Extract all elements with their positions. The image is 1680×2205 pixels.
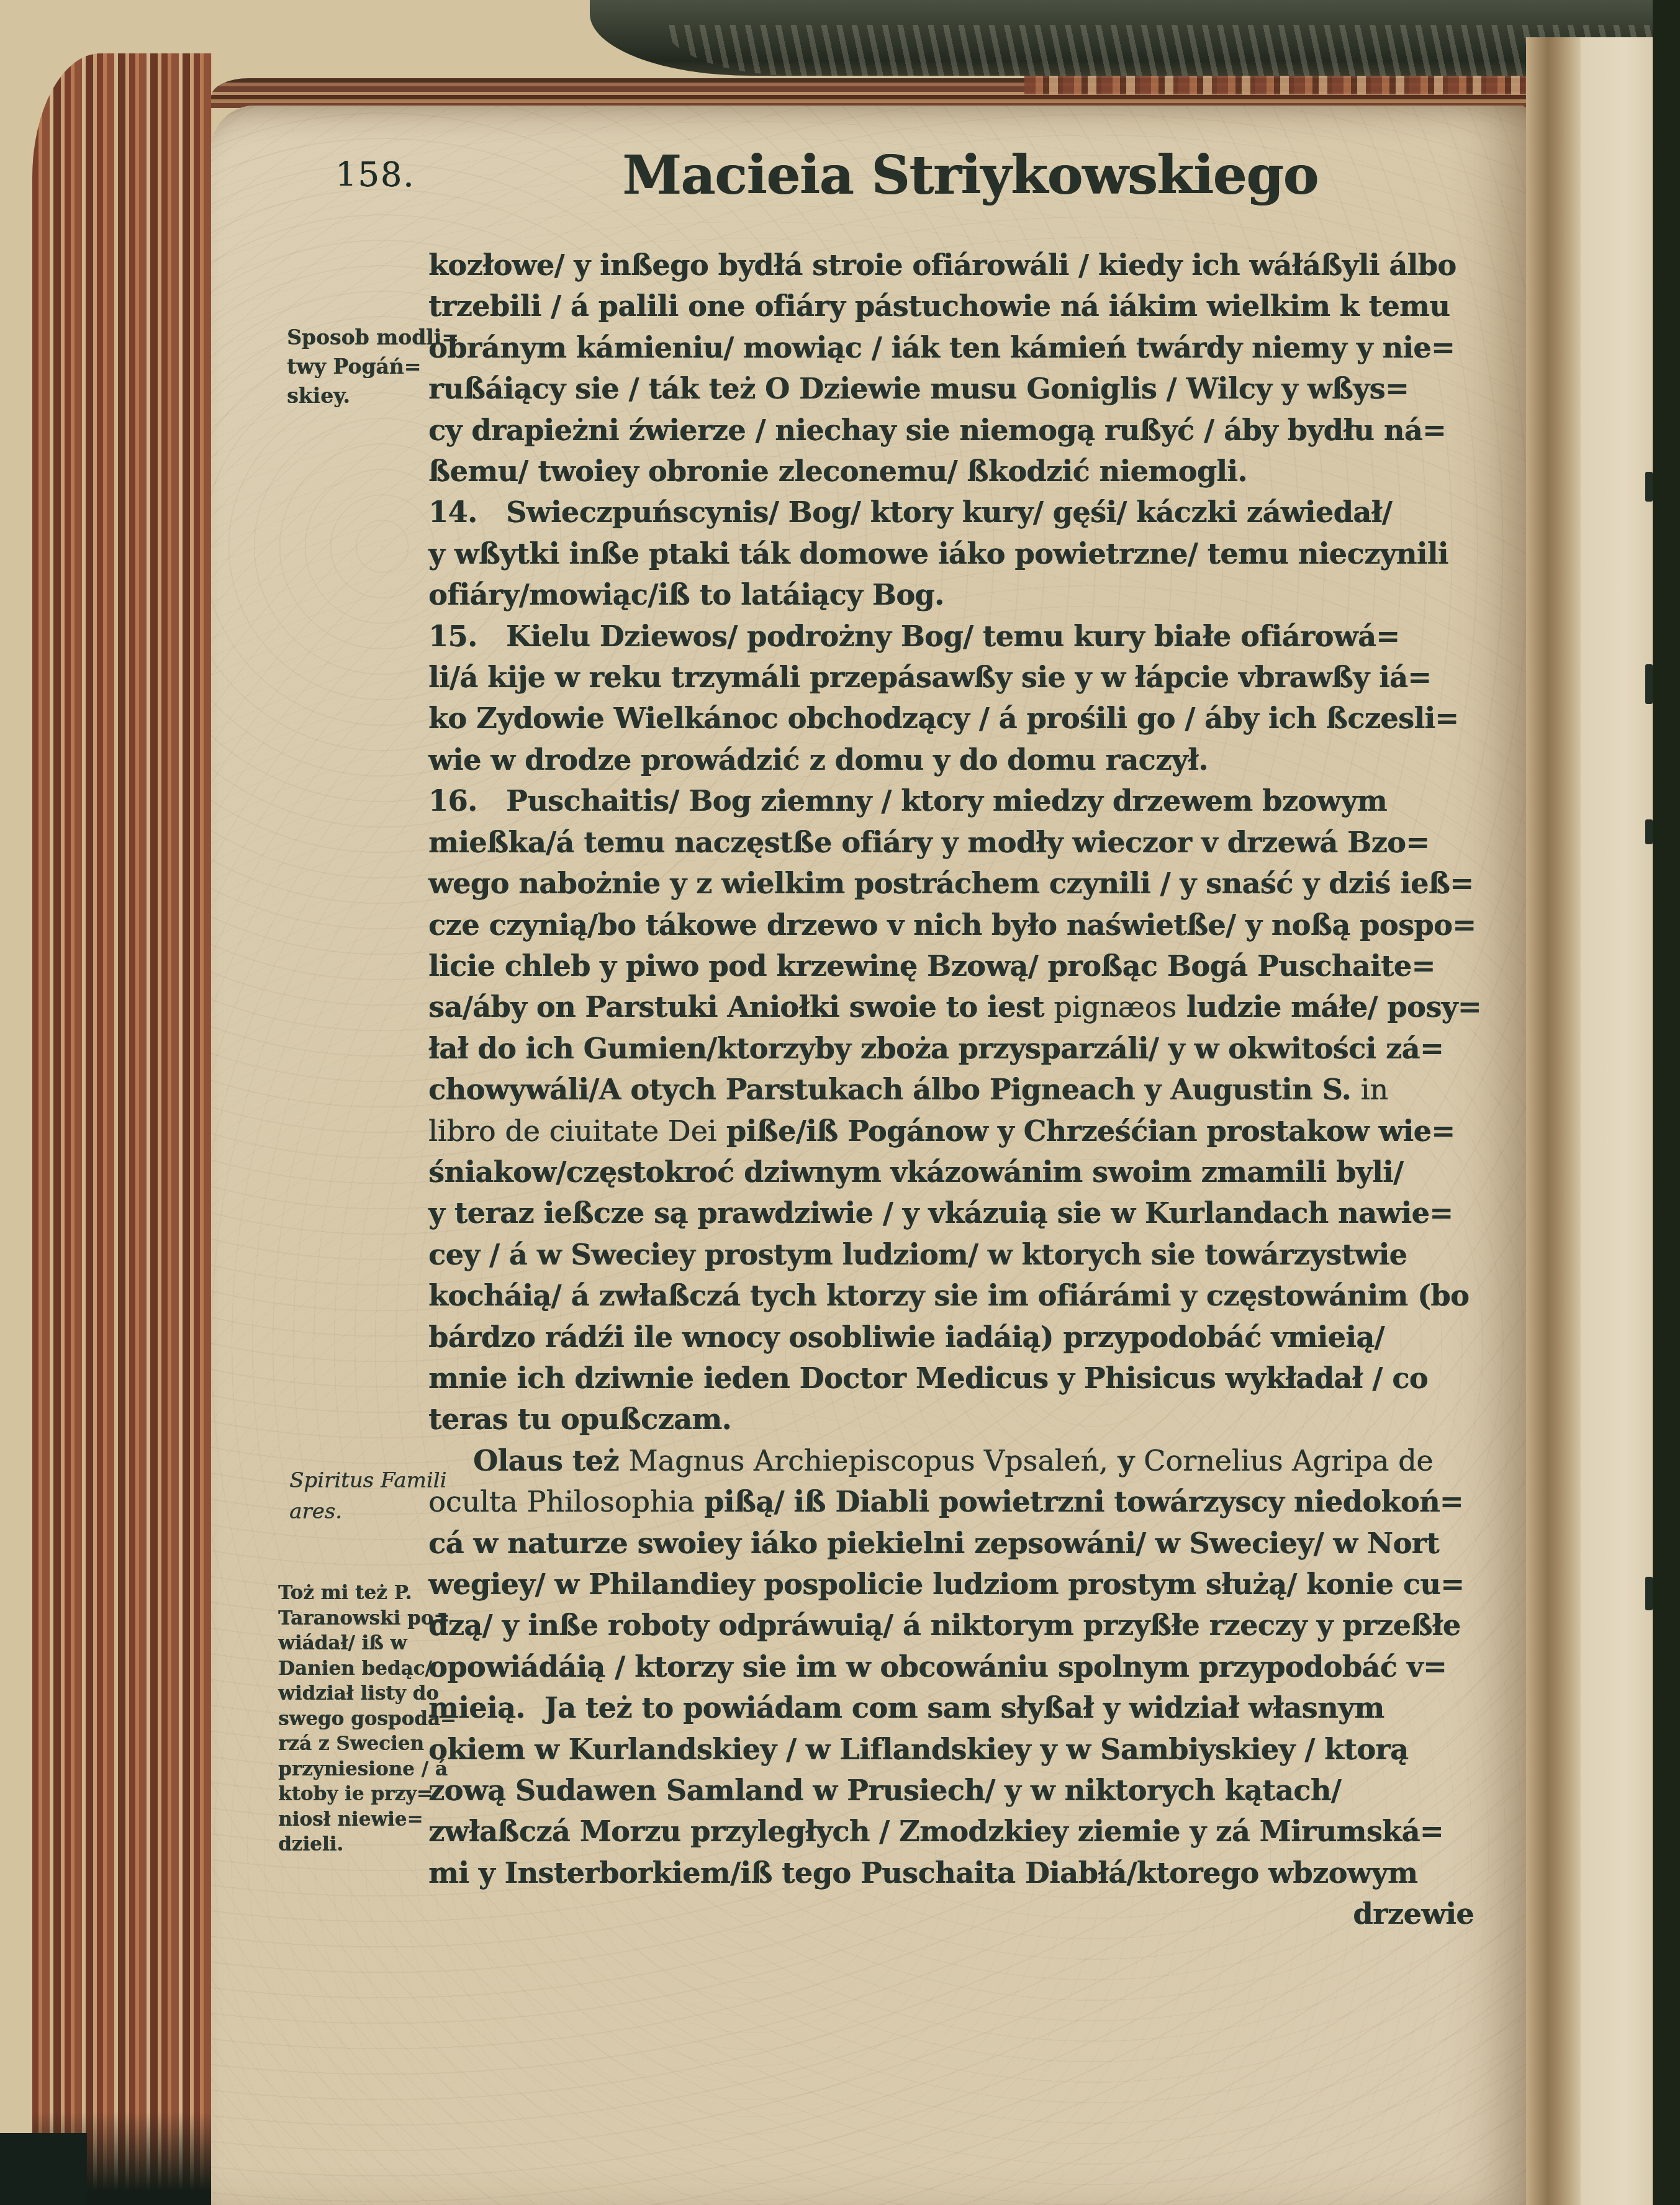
blackletter-segment: li/á kije w reku trzymáli przepásawßy si… bbox=[428, 661, 1431, 694]
running-header: Macieia Striykowskiego bbox=[428, 144, 1512, 207]
body-text-line: 15. Kielu Dziewos/ podrożny Bog/ temu ku… bbox=[428, 616, 1514, 657]
body-text-line: zwłaßczá Morzu przyległych / Zmodzkiey z… bbox=[428, 1811, 1514, 1852]
body-text-line: zową Sudawen Samland w Prusiech/ y w nik… bbox=[428, 1770, 1514, 1811]
body-text-line: ßemu/ twoiey obronie zleconemu/ ßkodzić … bbox=[428, 451, 1514, 492]
body-text-line: kozłowe/ y inßego bydłá stroie ofiárowál… bbox=[428, 245, 1514, 286]
blackletter-segment: cze czynią/bo tákowe drzewo v nich było … bbox=[428, 908, 1476, 942]
body-text-line: cze czynią/bo tákowe drzewo v nich było … bbox=[428, 904, 1514, 945]
margin-note-taranowski: Toż mi też P.Taranowski po=wiádał/ iß wD… bbox=[278, 1580, 433, 1857]
margin-note-line: skiey. bbox=[287, 381, 442, 410]
blackletter-segment: 16. Puschaitis/ Bog ziemny / ktory miedz… bbox=[428, 784, 1387, 818]
blackletter-segment: chowywáli/A otych Parstukach álbo Pignea… bbox=[428, 1073, 1361, 1106]
blackletter-segment: piße/iß Pogánow y Chrześćian prostakow w… bbox=[716, 1114, 1455, 1148]
body-text-line: dzą/ y inße roboty odpráwuią/ á niktorym… bbox=[428, 1605, 1514, 1646]
blackletter-segment: sa/áby on Parstuki Aniołki swoie to iest bbox=[428, 990, 1054, 1024]
body-text-line: opowiádáią / ktorzy sie im w obcowániu s… bbox=[428, 1646, 1514, 1687]
roman-type-segment: libro de ciuitate Dei bbox=[428, 1114, 716, 1148]
body-text-line: 16. Puschaitis/ Bog ziemny / ktory miedz… bbox=[428, 780, 1514, 821]
margin-note-line: ares. bbox=[289, 1496, 445, 1527]
blackletter-segment: mnie ich dziwnie ieden Doctor Medicus y … bbox=[428, 1361, 1428, 1395]
body-text-line: wegiey/ w Philandiey pospolicie ludziom … bbox=[428, 1564, 1514, 1605]
body-text-line: obránym kámieniu/ mowiąc / iák ten kámie… bbox=[428, 327, 1514, 368]
blackletter-segment: cá w naturze swoiey iáko piekielni zepso… bbox=[428, 1526, 1439, 1560]
blackletter-segment: okiem w Kurlandskiey / w Liflandskiey y … bbox=[428, 1733, 1408, 1766]
margin-note-line: wiádał/ iß w bbox=[278, 1631, 433, 1656]
blackletter-segment: bárdzo rádźi ile wnocy osobliwie iadáią)… bbox=[428, 1320, 1384, 1354]
facing-text-fragment bbox=[1645, 472, 1653, 502]
blackletter-segment: kozłowe/ y inßego bydłá stroie ofiárowál… bbox=[428, 248, 1456, 282]
blackletter-segment: cey / á w Sweciey prostym ludziom/ w kto… bbox=[428, 1238, 1407, 1271]
blackletter-segment: śniakow/częstokroć dziwnym vkázowánim sw… bbox=[428, 1155, 1403, 1189]
book-scan: 158. Macieia Striykowskiego Sposob modli… bbox=[0, 0, 1680, 2205]
body-text-line: mieią. Ja też to powiádam com sam słyßał… bbox=[428, 1687, 1514, 1728]
margin-note-line: niosł niewie= bbox=[278, 1807, 433, 1833]
blackletter-segment: kocháią/ á zwłaßczá tych ktorzy sie im o… bbox=[428, 1279, 1469, 1312]
blackletter-segment: pißą/ iß Diabli powietrzni towárzyscy ni… bbox=[695, 1485, 1463, 1518]
body-text-line: okiem w Kurlandskiey / w Liflandskiey y … bbox=[428, 1729, 1514, 1770]
margin-note-line: Taranowski po= bbox=[278, 1606, 433, 1631]
body-text-line: mi y Insterborkiem/iß tego Puschaita Dia… bbox=[428, 1852, 1514, 1893]
blackletter-segment: ßemu/ twoiey obronie zleconemu/ ßkodzić … bbox=[428, 454, 1247, 488]
margin-note-line: Toż mi też P. bbox=[278, 1580, 433, 1606]
body-text-line: y wßytki inße ptaki ták domowe iáko powi… bbox=[428, 533, 1514, 574]
margin-note-line: przyniesione / á bbox=[278, 1757, 433, 1782]
left-fore-edge-pages bbox=[32, 53, 212, 2205]
body-text-line: 14. Swieczpuńscynis/ Bog/ ktory kury/ gę… bbox=[428, 492, 1514, 533]
margin-note-line: Danien bedąc/ bbox=[278, 1656, 433, 1682]
body-text-line: libro de ciuitate Dei piße/iß Pogánow y … bbox=[428, 1111, 1514, 1152]
body-text-line: Olaus też Magnus Archiepiscopus Vpsaleń,… bbox=[428, 1440, 1514, 1481]
roman-type-segment: in bbox=[1361, 1073, 1388, 1106]
blackletter-segment: licie chleb y piwo pod krzewinę Bzową/ p… bbox=[428, 949, 1435, 983]
blackletter-segment: wegiey/ w Philandiey pospolicie ludziom … bbox=[428, 1567, 1464, 1601]
margin-note-line: Spiritus Famili bbox=[289, 1465, 445, 1496]
binding-headband bbox=[590, 0, 1680, 76]
facing-text-fragment bbox=[1645, 664, 1653, 704]
body-text-line: wego nabożnie y z wielkim postráchem czy… bbox=[428, 863, 1514, 904]
body-text-line: śniakow/częstokroć dziwnym vkázowánim sw… bbox=[428, 1152, 1514, 1193]
blackletter-segment: mießka/á temu naczęstße ofiáry y modły w… bbox=[428, 826, 1429, 859]
blackletter-segment: zową Sudawen Samland w Prusiech/ y w nik… bbox=[428, 1774, 1341, 1807]
body-text-line: chowywáli/A otych Parstukach álbo Pignea… bbox=[428, 1069, 1514, 1110]
blackletter-segment: y bbox=[1108, 1444, 1144, 1477]
blackletter-segment: obránym kámieniu/ mowiąc / iák ten kámie… bbox=[428, 331, 1455, 364]
margin-note-line: twy Pogáń= bbox=[287, 352, 442, 381]
roman-type-segment: oculta Philosophia bbox=[428, 1485, 695, 1518]
blackletter-segment: zwłaßczá Morzu przyległych / Zmodzkiey z… bbox=[428, 1815, 1443, 1848]
body-text-line: bárdzo rádźi ile wnocy osobliwie iadáią)… bbox=[428, 1317, 1514, 1358]
blackletter-segment: teras tu opußczam. bbox=[428, 1402, 731, 1436]
page-number: 158. bbox=[335, 155, 415, 194]
body-text-line: wie w drodze prowádzić z domu y do domu … bbox=[428, 739, 1514, 780]
blackletter-segment: opowiádáią / ktorzy sie im w obcowániu s… bbox=[428, 1650, 1447, 1684]
margin-note-line: rzá z Swecien bbox=[278, 1731, 433, 1757]
body-text-line: łał do ich Gumien/ktorzyby zboża przyspa… bbox=[428, 1028, 1514, 1069]
margin-note-line: Sposob modli= bbox=[287, 323, 442, 352]
blackletter-segment: 15. Kielu Dziewos/ podrożny Bog/ temu ku… bbox=[428, 620, 1399, 653]
blackletter-segment: ludzie máłe/ posy= bbox=[1176, 990, 1481, 1024]
body-text-line: li/á kije w reku trzymáli przepásawßy si… bbox=[428, 657, 1514, 698]
body-text-line: oculta Philosophia pißą/ iß Diabli powie… bbox=[428, 1481, 1514, 1522]
blackletter-segment: mieią. Ja też to powiádam com sam słyßał… bbox=[428, 1691, 1384, 1725]
roman-type-segment: Cornelius Agripa de bbox=[1144, 1444, 1434, 1477]
facing-text-fragment bbox=[1645, 1577, 1653, 1610]
blackletter-segment: Olaus też bbox=[473, 1444, 628, 1477]
body-text-line: mnie ich dziwnie ieden Doctor Medicus y … bbox=[428, 1358, 1514, 1399]
body-text-line: cy drapieżni źwierze / niechay sie niemo… bbox=[428, 410, 1514, 451]
body-text-line: cá w naturze swoiey iáko piekielni zepso… bbox=[428, 1523, 1514, 1564]
blackletter-segment: trzebili / á palili one ofiáry pástuchow… bbox=[428, 289, 1450, 323]
catchword: drzewie bbox=[428, 1893, 1514, 1934]
roman-type-segment: Magnus Archiepiscopus Vpsaleń, bbox=[628, 1444, 1108, 1477]
blackletter-segment: wego nabożnie y z wielkim postráchem czy… bbox=[428, 867, 1473, 900]
margin-note-prayer-method: Sposob modli=twy Pogáń=skiey. bbox=[287, 323, 442, 410]
blackletter-segment: cy drapieżni źwierze / niechay sie niemo… bbox=[428, 413, 1446, 447]
facing-page-sliver bbox=[1581, 37, 1654, 2205]
blackletter-segment: ofiáry/mowiąc/iß to latáiący Bog. bbox=[428, 578, 944, 611]
body-text-line: y teraz ießcze są prawdziwie / y vkázuią… bbox=[428, 1193, 1514, 1233]
blackletter-segment: 14. Swieczpuńscynis/ Bog/ ktory kury/ gę… bbox=[428, 495, 1392, 529]
facing-text-fragment bbox=[1645, 819, 1653, 844]
blackletter-segment: rußáiący sie / ták też O Dziewie musu Go… bbox=[428, 372, 1409, 405]
blackletter-segment: dzą/ y inße roboty odpráwuią/ á niktorym… bbox=[428, 1608, 1461, 1642]
body-text-line: rußáiący sie / ták też O Dziewie musu Go… bbox=[428, 368, 1514, 409]
bottom-left-shadow bbox=[0, 2133, 87, 2205]
body-text-line: mießka/á temu naczęstße ofiáry y modły w… bbox=[428, 822, 1514, 863]
body-text-line: teras tu opußczam. bbox=[428, 1399, 1514, 1440]
body-text-line: cey / á w Sweciey prostym ludziom/ w kto… bbox=[428, 1234, 1514, 1275]
body-text-line: kocháią/ á zwłaßczá tych ktorzy sie im o… bbox=[428, 1275, 1514, 1316]
margin-note-spiritus-familiares: Spiritus Familiares. bbox=[289, 1465, 445, 1527]
gutter-fold bbox=[1526, 37, 1581, 2205]
body-text-line: licie chleb y piwo pod krzewinę Bzową/ p… bbox=[428, 945, 1514, 986]
body-text-line: ko Zydowie Wielkánoc obchodzący / á proś… bbox=[428, 698, 1514, 739]
margin-note-line: dzieli. bbox=[278, 1832, 433, 1857]
blackletter-segment: y wßytki inße ptaki ták domowe iáko powi… bbox=[428, 537, 1448, 570]
blackletter-segment: wie w drodze prowádzić z domu y do domu … bbox=[428, 743, 1208, 777]
roman-type-segment: pignæos bbox=[1054, 990, 1176, 1024]
body-text-line: ofiáry/mowiąc/iß to latáiący Bog. bbox=[428, 574, 1514, 615]
body-text-line: trzebili / á palili one ofiáry pástuchow… bbox=[428, 286, 1514, 327]
blackletter-segment: łał do ich Gumien/ktorzyby zboża przyspa… bbox=[428, 1032, 1443, 1065]
right-dark-band bbox=[1653, 0, 1680, 2205]
margin-note-line: widział listy do bbox=[278, 1681, 433, 1707]
blackletter-segment: ko Zydowie Wielkánoc obchodzący / á proś… bbox=[428, 701, 1458, 735]
margin-note-line: swego gospoda= bbox=[278, 1707, 433, 1732]
body-text: kozłowe/ y inßego bydłá stroie ofiárowál… bbox=[428, 245, 1514, 1935]
blackletter-segment: y teraz ießcze są prawdziwie / y vkázuią… bbox=[428, 1196, 1453, 1230]
margin-note-line: ktoby ie przy= bbox=[278, 1782, 433, 1807]
blackletter-segment: mi y Insterborkiem/iß tego Puschaita Dia… bbox=[428, 1856, 1417, 1890]
body-text-line: sa/áby on Parstuki Aniołki swoie to iest… bbox=[428, 986, 1514, 1027]
